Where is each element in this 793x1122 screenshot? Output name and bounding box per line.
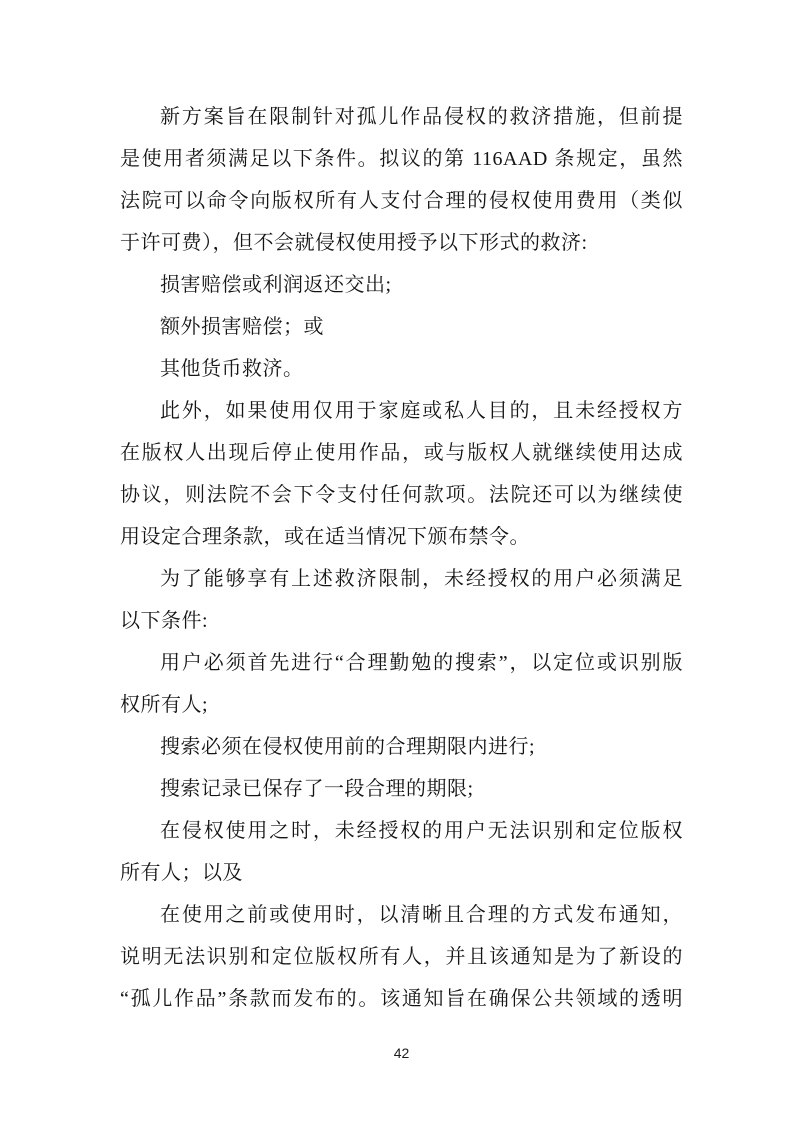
text-line: 权所有人; <box>120 684 683 726</box>
text-line: 损害赔偿或利润返还交出; <box>120 264 683 306</box>
text-line: 协议，则法院不会下令支付任何款项。法院还可以为继续使 <box>120 474 683 516</box>
text-line: 为了能够享有上述救济限制，未经授权的用户必须满足 <box>120 558 683 600</box>
paragraph: 用户必须首先进行“合理勤勉的搜索”，以定位或识别版权所有人; <box>120 642 683 726</box>
text-line: 法院可以命令向版权所有人支付合理的侵权使用费用（类似 <box>120 180 683 222</box>
paragraph: 新方案旨在限制针对孤儿作品侵权的救济措施，但前提是使用者须满足以下条件。拟议的第… <box>120 96 683 264</box>
text-line: 是使用者须满足以下条件。拟议的第 116AAD 条规定，虽然 <box>120 138 683 180</box>
paragraph: 额外损害赔偿；或 <box>120 306 683 348</box>
paragraph: 损害赔偿或利润返还交出; <box>120 264 683 306</box>
text-line: 在侵权使用之时，未经授权的用户无法识别和定位版权 <box>120 810 683 852</box>
text-line: 在版权人出现后停止使用作品，或与版权人就继续使用达成 <box>120 432 683 474</box>
text-line: 新方案旨在限制针对孤儿作品侵权的救济措施，但前提 <box>120 96 683 138</box>
text-line: 说明无法识别和定位版权所有人，并且该通知是为了新设的 <box>120 936 683 978</box>
text-line: “孤儿作品”条款而发布的。该通知旨在确保公共领域的透明 <box>120 978 683 1020</box>
paragraph: 搜索记录已保存了一段合理的期限; <box>120 768 683 810</box>
text-line: 用设定合理条款，或在适当情况下颁布禁令。 <box>120 516 683 558</box>
text-line: 在使用之前或使用时，以清晰且合理的方式发布通知， <box>120 894 683 936</box>
text-line: 搜索必须在侵权使用前的合理期限内进行; <box>120 726 683 768</box>
paragraph: 为了能够享有上述救济限制，未经授权的用户必须满足以下条件: <box>120 558 683 642</box>
text-line: 此外，如果使用仅用于家庭或私人目的，且未经授权方 <box>120 390 683 432</box>
paragraph: 在使用之前或使用时，以清晰且合理的方式发布通知，说明无法识别和定位版权所有人，并… <box>120 894 683 1020</box>
text-line: 于许可费），但不会就侵权使用授予以下形式的救济: <box>120 222 683 264</box>
document-page: 新方案旨在限制针对孤儿作品侵权的救济措施，但前提是使用者须满足以下条件。拟议的第… <box>0 0 793 1122</box>
text-line: 其他货币救济。 <box>120 348 683 390</box>
page-number: 42 <box>120 1043 683 1063</box>
paragraph: 此外，如果使用仅用于家庭或私人目的，且未经授权方在版权人出现后停止使用作品，或与… <box>120 390 683 558</box>
paragraph: 在侵权使用之时，未经授权的用户无法识别和定位版权所有人；以及 <box>120 810 683 894</box>
paragraph: 搜索必须在侵权使用前的合理期限内进行; <box>120 726 683 768</box>
text-line: 用户必须首先进行“合理勤勉的搜索”，以定位或识别版 <box>120 642 683 684</box>
text-line: 额外损害赔偿；或 <box>120 306 683 348</box>
text-line: 以下条件: <box>120 600 683 642</box>
paragraph: 其他货币救济。 <box>120 348 683 390</box>
text-line: 所有人；以及 <box>120 852 683 894</box>
document-body: 新方案旨在限制针对孤儿作品侵权的救济措施，但前提是使用者须满足以下条件。拟议的第… <box>120 96 683 1020</box>
text-line: 搜索记录已保存了一段合理的期限; <box>120 768 683 810</box>
